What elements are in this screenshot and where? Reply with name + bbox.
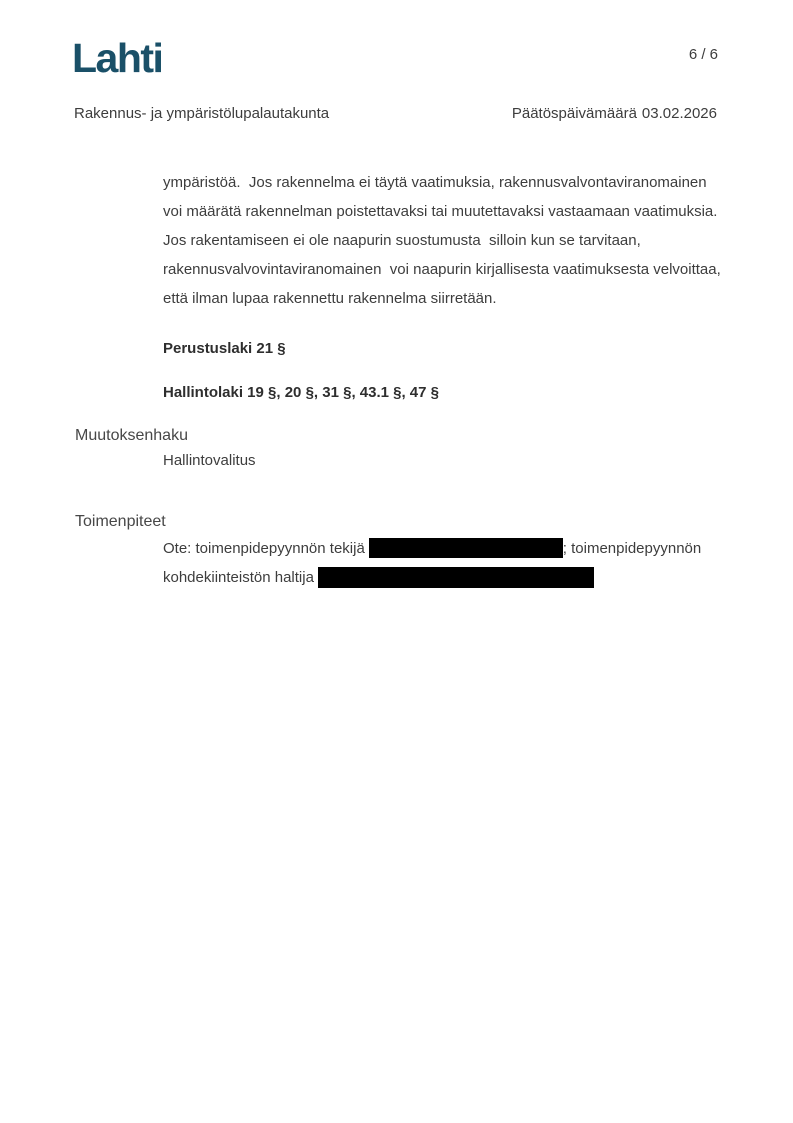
- paragraph-line: Jos rakentamiseen ei ole naapurin suostu…: [163, 226, 729, 255]
- decision-date-value: 03.02.2026: [642, 105, 717, 122]
- paragraph-line: rakennusvalvovintaviranomainen voi naapu…: [163, 255, 729, 284]
- law-reference-perustuslaki: Perustuslaki 21 §: [163, 340, 286, 357]
- page-number: 6 / 6: [689, 46, 718, 63]
- redaction-bar: [318, 567, 594, 588]
- document-page: Lahti 6 / 6 Rakennus- ja ympäristölupala…: [0, 0, 793, 1123]
- haltija-line-before-redaction: kohdekiinteistön haltija: [163, 569, 314, 586]
- document-header: Rakennus- ja ympäristölupalautakunta Pää…: [74, 105, 717, 122]
- committee-name: Rakennus- ja ympäristölupalautakunta: [74, 105, 329, 122]
- decision-date: Päätöspäivämäärä03.02.2026: [512, 105, 717, 122]
- ote-line-before-redaction: Ote: toimenpidepyynnön tekijä: [163, 540, 365, 557]
- ote-line-after-redaction: ; toimenpidepyynnön: [563, 540, 701, 557]
- law-reference-hallintolaki: Hallintolaki 19 §, 20 §, 31 §, 43.1 §, 4…: [163, 384, 439, 401]
- paragraph-line: ympäristöä. Jos rakennelma ei täytä vaat…: [163, 168, 729, 197]
- lahti-logo: Lahti: [72, 38, 162, 79]
- paragraph-line: että ilman lupaa rakennettu rakennelma s…: [163, 284, 729, 313]
- ote-line: Ote: toimenpidepyynnön tekijä; toimenpid…: [163, 534, 729, 563]
- haltija-line: kohdekiinteistön haltija: [163, 563, 729, 592]
- redaction-bar: [369, 538, 563, 558]
- paragraph-line: voi määrätä rakennelman poistettavaksi t…: [163, 197, 729, 226]
- body-paragraph: ympäristöä. Jos rakennelma ei täytä vaat…: [163, 168, 729, 313]
- decision-date-label: Päätöspäivämäärä: [512, 105, 637, 122]
- section-heading-muutoksenhaku: Muutoksenhaku: [75, 427, 188, 445]
- muutoksenhaku-content: Hallintovalitus: [163, 452, 256, 469]
- section-heading-toimenpiteet: Toimenpiteet: [75, 513, 166, 531]
- toimenpiteet-content: Ote: toimenpidepyynnön tekijä; toimenpid…: [163, 534, 729, 592]
